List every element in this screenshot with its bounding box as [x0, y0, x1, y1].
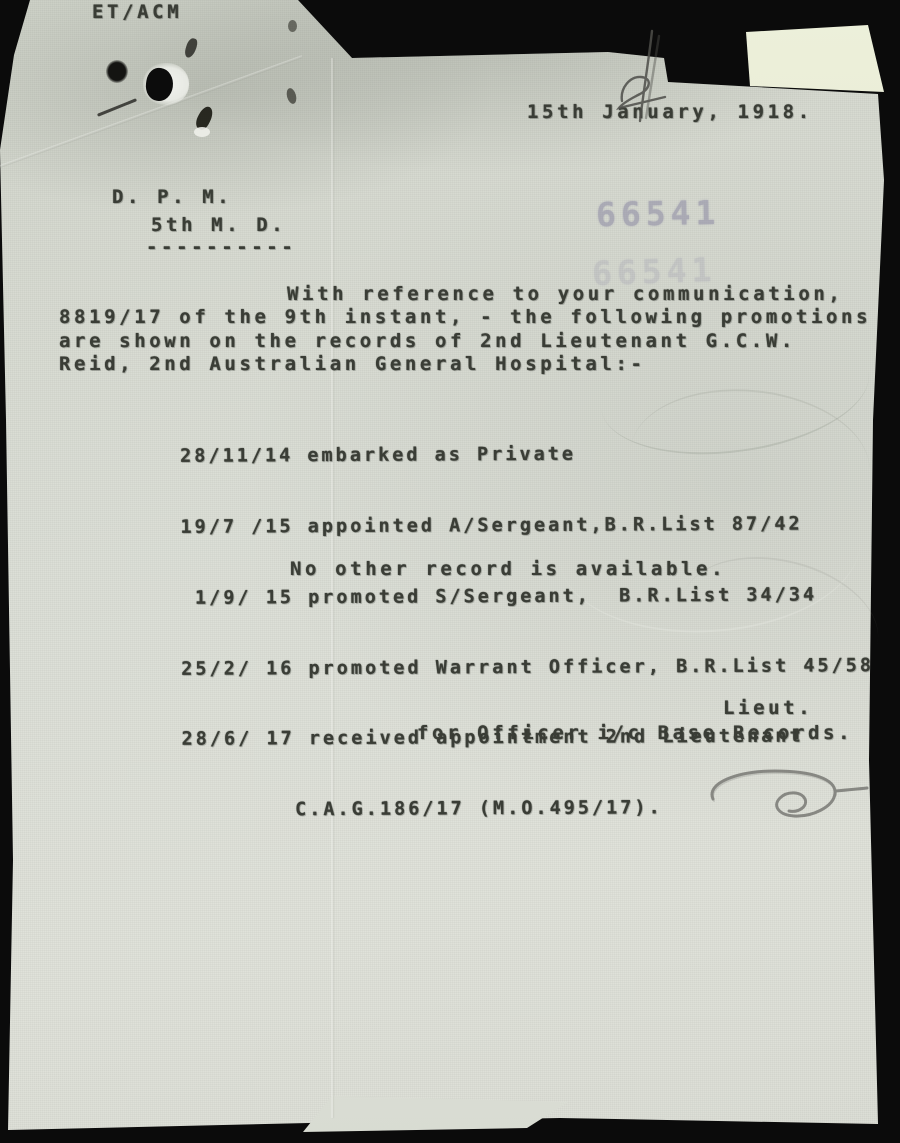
service-record-line: 28/11/14 embarked as Private	[180, 441, 873, 468]
scanned-letter-page: { "page": { "background_color": "#0b0b0b…	[0, 0, 900, 1143]
paper-hole-small	[106, 60, 128, 83]
reference-code: ET/ACM	[92, 1, 182, 23]
addressee-rule: ----------	[146, 236, 296, 258]
closing-note: No other record is available.	[290, 558, 726, 580]
body-line-1: With reference to your communication,	[287, 283, 843, 305]
addressee-line-2: 5th M. D.	[151, 214, 286, 236]
signature-for-line: for Officer i/c Base Records.	[417, 722, 853, 744]
body-line-3: are shown on the records of 2nd Lieutena…	[59, 330, 796, 352]
signature-rank: Lieut.	[723, 697, 813, 719]
service-record-line: 1/9/ 15 promoted S/Sergeant, B.R.List 34…	[181, 583, 874, 610]
service-record-line: 19/7 /15 appointed A/Sergeant,B.R.List 8…	[180, 512, 873, 539]
letter-date: 15th January, 1918.	[527, 101, 813, 123]
registry-stamp: 66541	[596, 193, 721, 234]
service-record-block: 28/11/14 embarked as Private 19/7 /15 ap…	[180, 394, 875, 846]
addressee-line-1: D. P. M.	[112, 186, 232, 208]
service-record-line: C.A.G.186/17 (M.O.495/17).	[182, 795, 875, 822]
service-record-line: 25/2/ 16 promoted Warrant Officer, B.R.L…	[181, 654, 874, 681]
body-line-4: Reid, 2nd Australian General Hospital:-	[59, 353, 646, 375]
paper-speck	[288, 20, 297, 32]
paper-glint	[194, 127, 210, 137]
body-line-2: 8819/17 of the 9th instant, - the follow…	[59, 306, 871, 328]
